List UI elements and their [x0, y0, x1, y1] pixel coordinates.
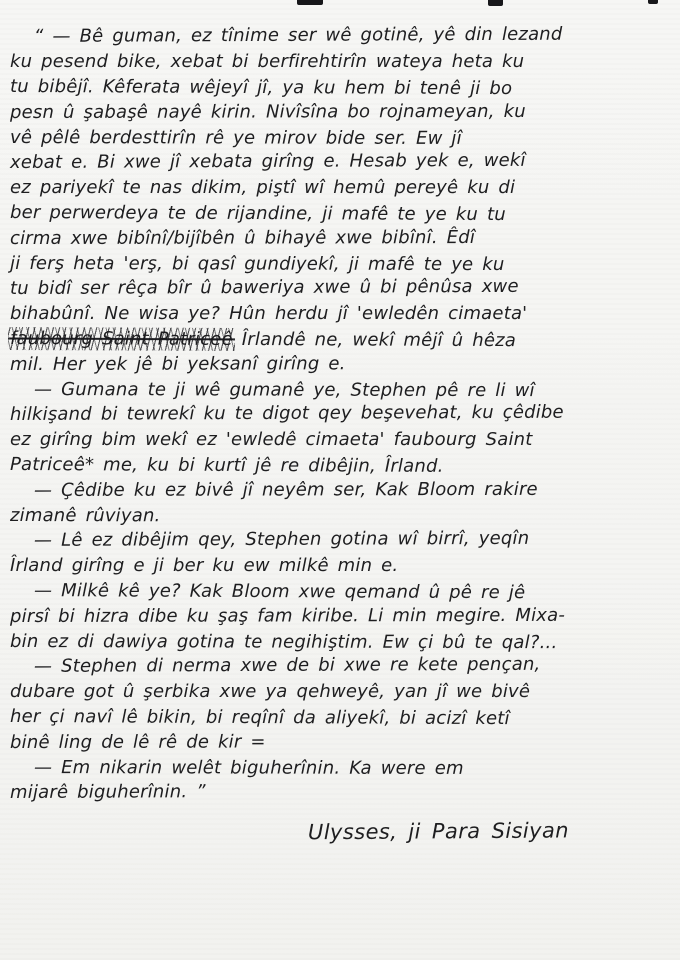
handwritten-text: ku pesend bike, xebat bi berfirehtirîn w… [10, 51, 524, 72]
manuscript-line: tu bidî ser rêça bîr û baweriya xwe û bi… [10, 273, 674, 301]
handwritten-text: Patriceê* me, ku bi kurtî jê re dibêjin,… [10, 454, 444, 477]
handwritten-text: — Stephen di nerma xwe de bi xwe re kete… [34, 654, 541, 677]
handwritten-text: mijarê biguherînin. ” [10, 781, 206, 803]
handwritten-text: bin ez di dawiya gotina te negihiştim. E… [10, 631, 557, 653]
manuscript-line: bihabûnî. Ne wisa ye? Hûn herdu jî 'ewle… [10, 301, 674, 326]
handwritten-text: — Gumana te ji wê gumanê ye, Stephen pê … [34, 379, 535, 401]
manuscript-line: xebat e. Bi xwe jî xebata girîng e. Hesa… [10, 147, 674, 175]
handwritten-text: vê pêlê berdesttirîn rê ye mirov bide se… [10, 127, 462, 149]
manuscript-line: — Lê ez dibêjim qey, Stephen gotina wî b… [10, 525, 674, 553]
handwritten-text: Îrlandê ne, wekî mêjî û hêza [233, 329, 516, 351]
handwritten-text: binê ling de lê rê de kir = [10, 731, 266, 753]
manuscript-line: binê ling de lê rê de kir = [10, 728, 674, 755]
handwritten-text: ji ferş heta 'erş, bi qasî gundiyekî, ji… [10, 253, 505, 275]
handwritten-text: — Em nikarin welêt biguherînin. Ka were … [34, 757, 464, 779]
handwritten-text: dubare got û şerbika xwe ya qehweyê, yan… [10, 681, 530, 702]
manuscript-line: hilkişand bi tewrekî ku te digot qey beş… [10, 399, 674, 427]
manuscript-line: — Çêdibe ku ez bivê jî neyêm ser, Kak Bl… [10, 476, 674, 503]
scribbled-out-text: faubourg Saint Patriceê [10, 326, 233, 352]
manuscript-line: mijarê biguherînin. ” [10, 777, 674, 805]
handwritten-text: zimanê rûviyan. [10, 505, 161, 526]
handwritten-text: ez pariyekî te nas dikim, piştî wî hemû … [10, 177, 515, 198]
manuscript-line: ku pesend bike, xebat bi berfirehtirîn w… [10, 49, 674, 74]
manuscript-line: — Stephen di nerma xwe de bi xwe re kete… [10, 651, 674, 679]
handwritten-text: her çi navî lê bikin, bi reqînî da aliye… [10, 706, 510, 729]
scan-artifact-mark [297, 0, 323, 5]
manuscript-line: ez girîng bim wekî ez 'ewledê cimaeta' f… [10, 427, 674, 452]
handwritten-text: — Milkê kê ye? Kak Bloom xwe qemand û pê… [34, 581, 525, 604]
scan-artifact-mark [488, 0, 503, 6]
manuscript-line: cirma xwe bibînî/bijîbên û bihayê xwe bi… [10, 224, 674, 251]
manuscript-line: mil. Her yek jê bi yeksanî girîng e. [10, 350, 674, 377]
handwritten-text: — Lê ez dibêjim qey, Stephen gotina wî b… [34, 528, 529, 551]
handwritten-text: ez girîng bim wekî ez 'ewledê cimaeta' f… [10, 429, 533, 450]
handwritten-text: mil. Her yek jê bi yeksanî girîng e. [10, 353, 346, 375]
manuscript-line: ez pariyekî te nas dikim, piştî wî hemû … [10, 175, 674, 200]
manuscript-text: “ — Bê guman, ez tînime ser wê gotinê, y… [10, 24, 674, 805]
manuscript-page: “ — Bê guman, ez tînime ser wê gotinê, y… [0, 0, 680, 960]
handwritten-text: tu bidî ser rêça bîr û baweriya xwe û bi… [10, 276, 519, 299]
manuscript-line: pirsî bi hizra dibe ku şaş fam kiribe. L… [10, 602, 674, 629]
handwritten-text: — Çêdibe ku ez bivê jî neyêm ser, Kak Bl… [34, 479, 538, 501]
handwritten-text: pirsî bi hizra dibe ku şaş fam kiribe. L… [10, 605, 565, 627]
attribution: Ulysses, ji Para Sisiyan [308, 818, 674, 845]
manuscript-line: “ — Bê guman, ez tînime ser wê gotinê, y… [10, 21, 674, 49]
handwritten-text: “ — Bê guman, ez tînime ser wê gotinê, y… [34, 24, 563, 47]
handwritten-text: xebat e. Bi xwe jî xebata girîng e. Hesa… [10, 150, 526, 173]
handwritten-text: tu bibêjî. Kêferata wêjeyî jî, ya ku hem… [10, 76, 512, 99]
manuscript-line: Îrland girîng e ji ber ku ew milkê min e… [10, 553, 674, 578]
handwritten-text: pesn û şabaşê nayê kirin. Nivîsîna bo ro… [10, 101, 526, 123]
handwritten-text: Îrland girîng e ji ber ku ew milkê min e… [10, 555, 398, 576]
scan-artifact-mark [648, 0, 658, 4]
handwritten-text: bihabûnî. Ne wisa ye? Hûn herdu jî 'ewle… [10, 303, 527, 324]
handwritten-text: hilkişand bi tewrekî ku te digot qey beş… [10, 402, 564, 425]
manuscript-line: pesn û şabaşê nayê kirin. Nivîsîna bo ro… [10, 98, 674, 125]
manuscript-line: dubare got û şerbika xwe ya qehweyê, yan… [10, 679, 674, 704]
handwritten-text: ber perwerdeya te de rijandine, ji mafê … [10, 202, 506, 225]
handwritten-text: cirma xwe bibînî/bijîbên û bihayê xwe bi… [10, 227, 475, 249]
